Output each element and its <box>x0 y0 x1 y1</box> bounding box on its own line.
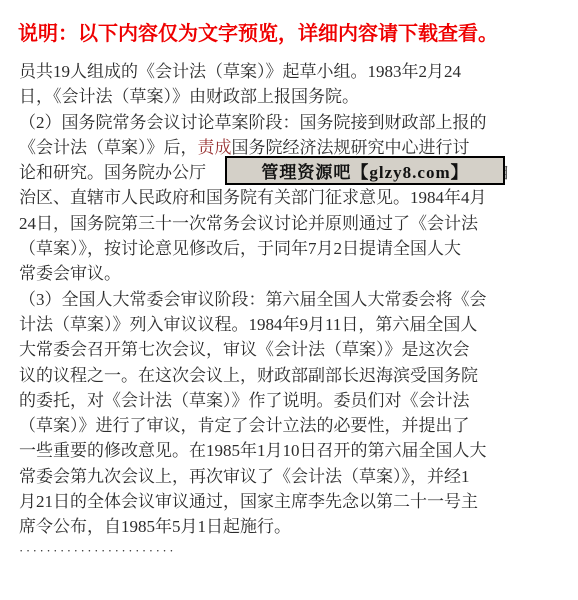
text-line: 议的议程之一。在这次会议上，财政部副部长迟海滨受国务院 <box>19 363 569 388</box>
text-line: （2）国务院常务会议讨论草案阶段：国务院接到财政部上报的 <box>19 110 569 135</box>
document-body: 员共19人组成的《会计法（草案）》起草小组。1983年2月24日，《会计法（草案… <box>19 59 569 565</box>
text-line: 大常委会召开第七次会议，审议《会计法（草案）》是这次会 <box>19 337 569 362</box>
document-preview-page: 说明：以下内容仅为文字预览，详细内容请下载查看。 员共19人组成的《会计法（草案… <box>0 0 578 600</box>
text-segment: 论和研究。国务院办公厅 <box>19 163 206 182</box>
text-line: 计法（草案）》列入审议议程。1984年9月11日，第六届全国人 <box>19 312 569 337</box>
watermark-text: 管理资源吧【glzy8.com】 <box>261 158 468 183</box>
text-line: 席令公布，自1985年5月1日起施行。 <box>19 514 569 539</box>
text-line: 月21日的全体会议审议通过，国家主席李先念以第二十一号主 <box>19 489 569 514</box>
text-line: 的委托，对《会计法（草案）》作了说明。委员们对《会计法 <box>19 388 569 413</box>
text-line: （3）全国人大常委会审议阶段：第六届全国人大常委会将《会 <box>19 287 569 312</box>
watermark-box: 管理资源吧【glzy8.com】 <box>225 156 505 185</box>
text-segment: 《会计法（草案）》后， <box>19 138 198 157</box>
text-line: 治区、直辖市人民政府和国务院有关部门征求意见。1984年4月 <box>19 185 569 210</box>
text-line: 日，《会计法（草案）》由财政部上报国务院。 <box>19 84 569 109</box>
text-line: 常委会第九次会议上，再次审议了《会计法（草案）》，并经1 <box>19 464 569 489</box>
text-line: 常委会审议。 <box>19 261 569 286</box>
text-segment: 国务院经济法规研究中心进行讨 <box>232 138 470 157</box>
text-line: 24日，国务院第三十一次常务会议讨论并原则通过了《会计法 <box>19 211 569 236</box>
text-line: 一些重要的修改意见。在1985年1月10日召开的第六届全国人大 <box>19 438 569 463</box>
text-line: 员共19人组成的《会计法（草案）》起草小组。1983年2月24 <box>19 59 569 84</box>
highlighted-text: 责成 <box>198 138 232 157</box>
text-line: （草案）》，按讨论意见修改后，于同年7月2日提请全国人大 <box>19 236 569 261</box>
preview-notice-text: 说明：以下内容仅为文字预览，详细内容请下载查看。 <box>18 17 498 46</box>
ellipsis-line: ······················· <box>19 540 569 565</box>
text-line: （草案）》进行了审议，肯定了会计立法的必要性，并提出了 <box>19 413 569 438</box>
